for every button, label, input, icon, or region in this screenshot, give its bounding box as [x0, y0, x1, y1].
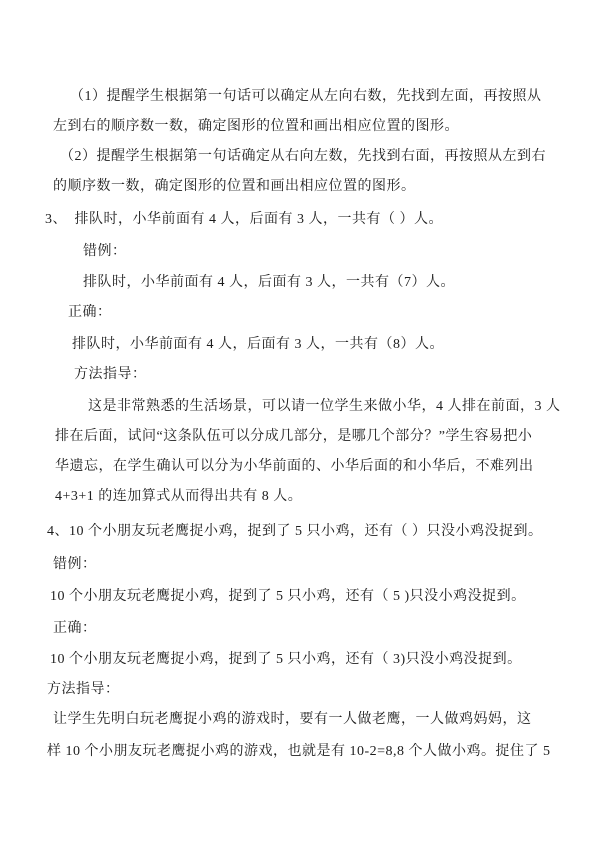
text-line: 排在后面，试问“这条队伍可以分成几部分，是哪几个部分？”学生容易把小 [0, 422, 595, 452]
text-line: （2）提醒学生根据第一句话确定从右向左数，先找到右面，再按照从左到右 [0, 142, 595, 172]
text-line: 3、 排队时，小华前面有 4 人，后面有 3 人，一共有（ ）人。 [0, 205, 595, 235]
text-line: 4+3+1 的连加算式从而得出共有 8 人。 [0, 482, 595, 512]
document-body: （1）提醒学生根据第一句话可以确定从左向右数，先找到左面，再按照从左到右的顺序数… [0, 82, 595, 767]
text-line: 排队时，小华前面有 4 人，后面有 3 人，一共有（8）人。 [0, 330, 595, 360]
text-line: 让学生先明白玩老鹰捉小鸡的游戏时，要有一人做老鹰，一人做鸡妈妈，这 [0, 705, 595, 735]
text-line: 样 10 个小朋友玩老鹰捉小鸡的游戏，也就是有 10-2=8,8 个人做小鸡。捉… [0, 737, 595, 767]
text-line: 10 个小朋友玩老鹰捉小鸡，捉到了 5 只小鸡，还有（ 3)只没小鸡没捉到。 [0, 645, 595, 675]
text-line: 方法指导： [0, 675, 595, 705]
text-line: 的顺序数一数，确定图形的位置和画出相应位置的图形。 [0, 172, 595, 202]
text-line: 错例： [0, 237, 595, 267]
text-line: （1）提醒学生根据第一句话可以确定从左向右数，先找到左面，再按照从 [0, 82, 595, 112]
text-line: 错例： [0, 550, 595, 580]
text-line: 这是非常熟悉的生活场景，可以请一位学生来做小华，4 人排在前面，3 人 [0, 392, 595, 422]
text-line: 4、10 个小朋友玩老鹰捉小鸡，捉到了 5 只小鸡，还有（ ）只没小鸡没捉到。 [0, 517, 595, 547]
text-line: 华遗忘，在学生确认可以分为小华前面的、小华后面的和小华后，不难列出 [0, 452, 595, 482]
text-line: 方法指导： [0, 360, 595, 390]
document-page: （1）提醒学生根据第一句话可以确定从左向右数，先找到左面，再按照从左到右的顺序数… [0, 0, 595, 842]
text-line: 排队时，小华前面有 4 人，后面有 3 人，一共有（7）人。 [0, 268, 595, 298]
text-line: 正确： [0, 614, 595, 644]
text-line: 正确： [0, 298, 595, 328]
text-line: 左到右的顺序数一数，确定图形的位置和画出相应位置的图形。 [0, 112, 595, 142]
text-line: 10 个小朋友玩老鹰捉小鸡，捉到了 5 只小鸡，还有（ 5 )只没小鸡没捉到。 [0, 582, 595, 612]
